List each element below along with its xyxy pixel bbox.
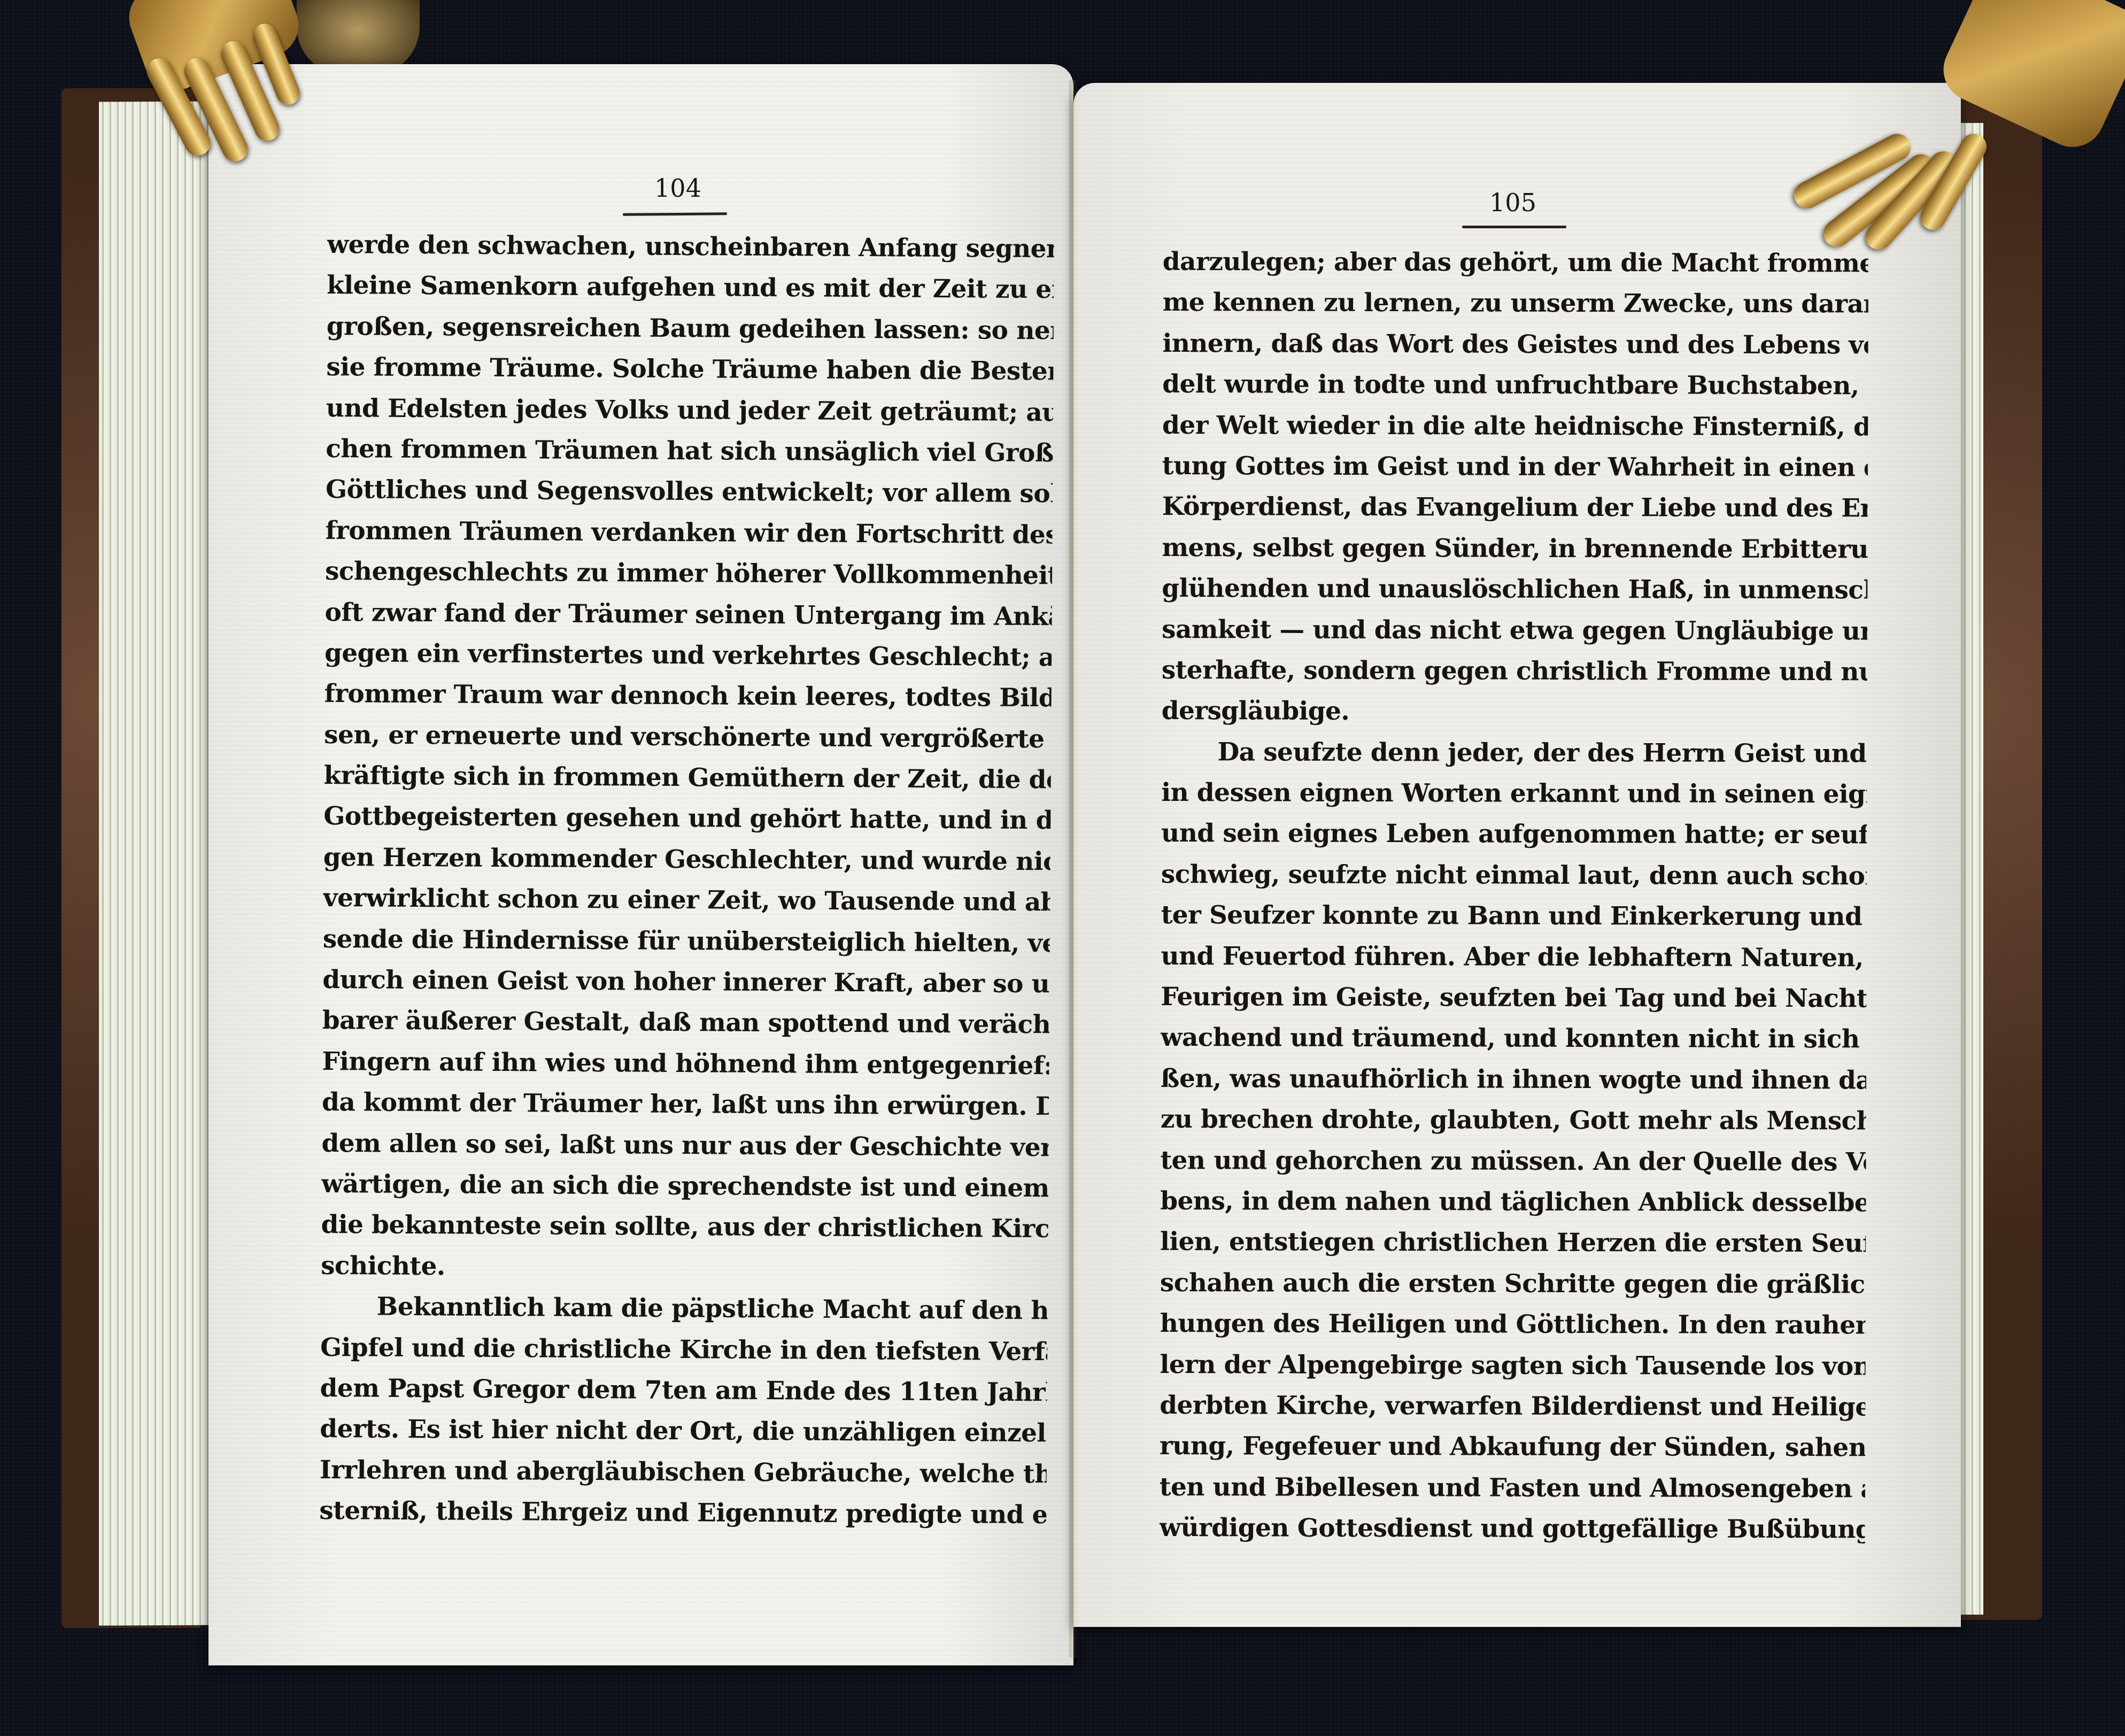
text-line: lien, entstiegen christlichen Herzen die… — [1160, 1222, 1866, 1264]
text-line: da kommt der Träumer her, laßt uns ihn e… — [322, 1082, 1049, 1128]
text-line: oft zwar fand der Träumer seinen Unterga… — [324, 592, 1052, 638]
text-line: Da seufzte denn jeder, der des Herrn Gei… — [1161, 732, 1867, 775]
page-stack-left — [99, 101, 217, 1625]
text-line: darzulegen; aber das gehört, um die Mach… — [1163, 242, 1868, 284]
text-line: bens, in dem nahen und täglichen Anblick… — [1160, 1181, 1866, 1224]
text-line: me kennen zu lernen, zu unserm Zwecke, u… — [1163, 282, 1868, 325]
text-line: zu brechen drohte, glaubten, Gott mehr a… — [1161, 1099, 1866, 1142]
text-line: Körperdienst, das Evangelium der Liebe u… — [1162, 487, 1868, 529]
text-line: und Feuertod führen. Aber die lebhaftern… — [1161, 936, 1866, 979]
text-line: samkeit — und das nicht etwa gegen Unglä… — [1162, 609, 1867, 652]
text-line: großen, segensreichen Baum gedeihen lass… — [327, 306, 1054, 352]
text-line: sende die Hindernisse für unübersteiglic… — [323, 919, 1050, 965]
text-line: werde den schwachen, unscheinbaren Anfan… — [327, 225, 1054, 270]
text-line: wachend und träumend, und konnten nicht … — [1161, 1017, 1866, 1060]
text-line: ter Seufzer konnte zu Bann und Einkerker… — [1161, 895, 1867, 938]
text-line: verwirklicht schon zu einer Zeit, wo Tau… — [323, 878, 1050, 923]
text-line: in dessen eignen Worten erkannt und in s… — [1161, 773, 1867, 815]
text-line: ten und gehorchen zu müssen. An der Quel… — [1160, 1140, 1866, 1183]
text-line: dem Papst Gregor dem 7ten am Ende des 11… — [320, 1368, 1047, 1414]
text-line: chen frommen Träumen hat sich unsäglich … — [326, 429, 1053, 474]
text-line: sen, er erneuerte und verschönerte und v… — [324, 715, 1051, 760]
book-gutter — [1069, 80, 1078, 1657]
text-line: hungen des Heiligen und Göttlichen. In d… — [1160, 1303, 1866, 1346]
text-line: kräftigte sich in frommen Gemüthern der … — [323, 755, 1050, 801]
text-line: Bekanntlich kam die päpstliche Macht auf… — [320, 1286, 1047, 1332]
text-line: Fingern auf ihn wies und höhnend ihm ent… — [322, 1041, 1049, 1087]
text-line: würdigen Gottesdienst und gottgefällige … — [1160, 1508, 1865, 1550]
text-line: mens, selbst gegen Sünder, in brennende … — [1162, 528, 1867, 570]
text-line: Gipfel und die christliche Kirche in den… — [320, 1328, 1047, 1373]
text-line: dersgläubige. — [1162, 691, 1867, 734]
text-line: derbten Kirche, verwarfen Bilderdienst u… — [1160, 1385, 1865, 1428]
text-line: durch einen Geist von hoher innerer Kraf… — [322, 960, 1049, 1005]
text-line: gen Herzen kommender Geschlechter, und w… — [323, 837, 1050, 883]
left-page-text: werde den schwachen, unscheinbaren Anfan… — [319, 225, 1054, 1536]
text-line: der Welt wieder in die alte heidnische F… — [1162, 405, 1868, 448]
text-line: gegen ein verfinstertes und verkehrtes G… — [324, 633, 1052, 678]
text-line: Göttliches und Segensvolles entwickelt; … — [326, 469, 1053, 515]
text-line: barer äußerer Gestalt, daß man spottend … — [322, 1000, 1049, 1046]
text-line: innern, daß das Wort des Geistes und des… — [1162, 323, 1868, 366]
text-line: dem allen so sei, laßt uns nur aus der G… — [321, 1123, 1048, 1169]
text-line: Irrlehren und abergläubischen Gebräuche,… — [320, 1450, 1047, 1495]
text-line: sterhafte, sondern gegen christlich From… — [1162, 650, 1867, 693]
page-number-right: 105 — [1433, 188, 1593, 217]
text-line: ten und Bibellesen und Fasten und Almose… — [1160, 1467, 1865, 1510]
page-number-rule-right — [1462, 226, 1566, 228]
text-line: lern der Alpengebirge sagten sich Tausen… — [1160, 1345, 1865, 1387]
text-line: und Edelsten jedes Volks und jeder Zeit … — [326, 388, 1053, 434]
right-page-text: darzulegen; aber das gehört, um die Mach… — [1160, 242, 1868, 1550]
text-line: schahen auch die ersten Schritte gegen d… — [1160, 1263, 1866, 1306]
text-line: kleine Samenkorn aufgehen und es mit der… — [327, 265, 1054, 311]
text-line: schwieg, seufzte nicht einmal laut, denn… — [1161, 854, 1867, 897]
text-line: schengeschlechts zu immer höherer Vollko… — [325, 551, 1052, 597]
page-number-left: 104 — [598, 174, 758, 203]
text-line: wärtigen, die an sich die sprechendste i… — [321, 1164, 1048, 1209]
text-line: derts. Es ist hier nicht der Ort, die un… — [320, 1409, 1047, 1454]
text-line: und sein eignes Leben aufgenommen hatte;… — [1161, 813, 1867, 856]
text-line: glühenden und unauslöschlichen Haß, in u… — [1162, 568, 1867, 611]
text-line: frommen Träumen verdanken wir den Fortsc… — [325, 511, 1052, 556]
gold-hand-page-holder-right — [1818, 0, 2125, 257]
text-line: Gottbegeisterten gesehen und gehört hatt… — [323, 796, 1050, 842]
text-line: ßen, was unaufhörlich in ihnen wogte und… — [1161, 1059, 1866, 1101]
text-line: delt wurde in todte und unfruchtbare Buc… — [1162, 364, 1868, 407]
text-line: tung Gottes im Geist und in der Wahrheit… — [1162, 446, 1868, 489]
text-line: frommer Traum war dennoch kein leeres, t… — [324, 674, 1051, 719]
text-line: rung, Fegefeuer und Abkaufung der Sünden… — [1160, 1426, 1865, 1469]
text-line: Feurigen im Geiste, seufzten bei Tag und… — [1161, 977, 1866, 1020]
text-line: schichte. — [321, 1246, 1048, 1291]
gold-hand-page-holder-left — [123, 0, 326, 182]
text-line: die bekannteste sein sollte, aus der chr… — [321, 1205, 1048, 1250]
text-line: sterniß, theils Ehrgeiz und Eigennutz pr… — [319, 1491, 1046, 1536]
text-line: sie fromme Träume. Solche Träume haben d… — [326, 347, 1053, 392]
